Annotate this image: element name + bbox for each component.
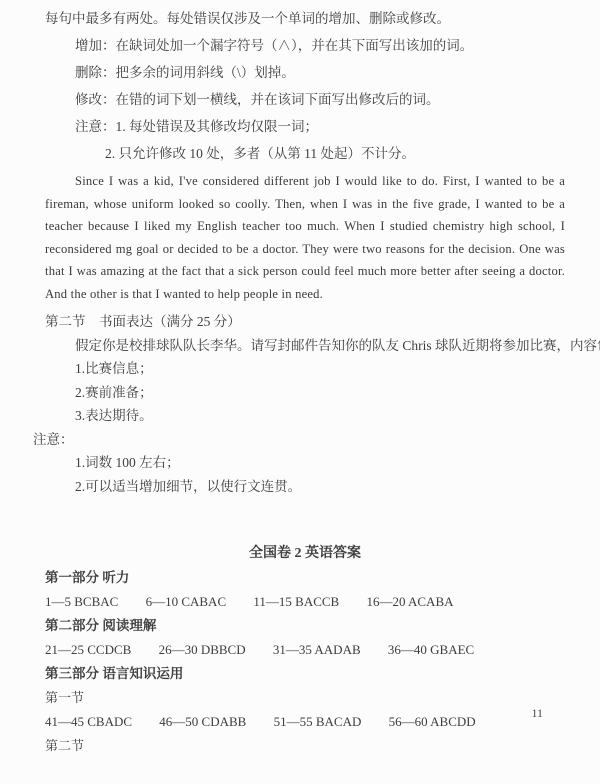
correction-note-2: 2. 只允许修改 10 处，多者（从第 11 处起）不计分。 [105, 140, 565, 167]
answer-part1-row: 1—5 BCBAC 6—10 CABAC 11—15 BACCB 16—20 A… [45, 590, 565, 614]
correction-instructions-section: 每句中最多有两处。每处错误仅涉及一个单词的增加、删除或修改。 增加：在缺词处加一… [45, 5, 565, 305]
writing-item-3: 3.表达期待。 [75, 404, 565, 428]
answer-group: 51—55 BACAD [274, 710, 362, 734]
answer-group: 6—10 CABAC [146, 590, 227, 614]
correction-note-1: 注意：1. 每处错误及其修改均仅限一词； [75, 113, 565, 140]
writing-notice-2: 2.可以适当增加细节，以使行文连贯。 [75, 475, 565, 499]
answer-part3-section2: 第二节 [45, 734, 565, 758]
answer-group: 1—5 BCBAC [45, 590, 118, 614]
answer-part3-row: 41—45 CBADC 46—50 CDABB 51—55 BACAD 56—6… [45, 710, 565, 734]
correction-intro-line: 每句中最多有两处。每处错误仅涉及一个单词的增加、删除或修改。 [45, 5, 565, 32]
correction-rule-delete: 删除：把多余的词用斜线（\）划掉。 [75, 59, 565, 86]
writing-notice-label: 注意： [33, 428, 565, 452]
answer-group: 11—15 BACCB [253, 590, 339, 614]
answer-part3-section1: 第一节 [45, 686, 565, 710]
answer-group: 31—35 AADAB [273, 638, 361, 662]
answer-group: 26—30 DBBCD [159, 638, 246, 662]
correction-rule-modify: 修改：在错的词下划一横线，并在该词下面写出修改后的词。 [75, 86, 565, 113]
correction-passage: Since I was a kid, I've considered diffe… [45, 170, 565, 305]
writing-prompt: 假定你是校排球队队长李华。请写封邮件告知你的队友 Chris 球队近期将参加比赛… [75, 334, 565, 358]
answer-group: 46—50 CDABB [159, 710, 246, 734]
writing-item-2: 2.赛前准备； [75, 381, 565, 405]
correction-rule-add: 增加：在缺词处加一个漏字符号（∧），并在其下面写出该加的词。 [75, 32, 565, 59]
answer-group: 36—40 GBAEC [388, 638, 474, 662]
writing-task-section: 第二节 书面表达（满分 25 分） 假定你是校排球队队长李华。请写封邮件告知你的… [45, 310, 565, 498]
answer-key-section: 全国卷 2 英语答案 第一部分 听力 1—5 BCBAC 6—10 CABAC … [45, 542, 565, 758]
page-number: 11 [531, 706, 543, 721]
writing-notice-1: 1.词数 100 左右； [75, 451, 565, 475]
answer-group: 16—20 ACABA [366, 590, 453, 614]
writing-heading: 第二节 书面表达（满分 25 分） [45, 310, 565, 334]
answer-part3-heading: 第三部分 语言知识运用 [45, 662, 565, 686]
writing-item-1: 1.比赛信息； [75, 357, 565, 381]
answer-part2-row: 21—25 CCDCB 26—30 DBBCD 31—35 AADAB 36—4… [45, 638, 565, 662]
answer-group: 21—25 CCDCB [45, 638, 131, 662]
document-page: 每句中最多有两处。每处错误仅涉及一个单词的增加、删除或修改。 增加：在缺词处加一… [0, 0, 600, 784]
answer-part1-heading: 第一部分 听力 [45, 566, 565, 590]
answer-group: 56—60 ABCDD [389, 710, 476, 734]
answer-group: 41—45 CBADC [45, 710, 132, 734]
answer-part2-heading: 第二部分 阅读理解 [45, 614, 565, 638]
answer-key-title: 全国卷 2 英语答案 [45, 542, 565, 566]
